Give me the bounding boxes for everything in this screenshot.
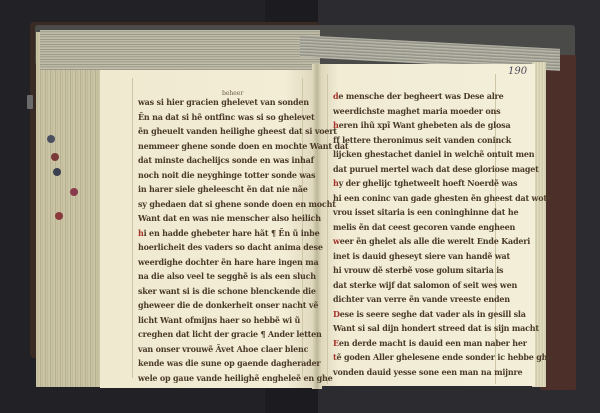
rubric-initial: E	[333, 338, 339, 348]
text-line: kende was die sune op gaende dagherader	[138, 356, 348, 371]
text-line: vonden dauid yesse sone een man na mijnr…	[333, 365, 552, 380]
folio-number: 190	[508, 66, 527, 77]
text-line: hoerlicheit des vaders so dacht anima de…	[138, 240, 348, 255]
rubric-initial: h	[333, 178, 339, 188]
text-line: heren ihũ xpĩ Want ghebeten als de glosa	[333, 118, 552, 133]
rubric-initial: w	[333, 236, 340, 246]
text-line: inet is dauid gheseyt siere van handẽ wa…	[333, 249, 552, 264]
ruling-line	[132, 78, 133, 378]
page-tab-marker[interactable]	[51, 153, 59, 161]
rubric-initial: t	[333, 352, 337, 362]
text-line: dat sterke wijf dat salomon of seit wes …	[333, 278, 552, 293]
text-line: weer ẽn ghelet als alle die werelt Ende …	[333, 234, 552, 249]
text-line: was si hier gracien ghelevet van sonden	[138, 95, 348, 110]
text-line: Want dat en was nie menscher also heilic…	[138, 211, 348, 226]
rubric-initial: D	[333, 309, 340, 319]
text-line: hy der ghelijc tghetweelt hoeft Noerdẽ w…	[333, 176, 552, 191]
page-tab-marker[interactable]	[70, 188, 78, 196]
text-line: dat minste dachelijcs sonde en was inhaf	[138, 153, 348, 168]
text-line: sker want si is die schone blenckende di…	[138, 284, 348, 299]
text-line: hi en hadde ghebeter hare hãt ¶ Ẽn ũ inb…	[138, 226, 348, 241]
text-line: lijcken ghestachet daniel in welchẽ ontu…	[333, 147, 552, 162]
text-block-fore-edge	[36, 32, 108, 387]
text-line: weerdighe dochter ẽn hare hare ingen ma	[138, 255, 348, 270]
text-block-head-left	[40, 30, 320, 70]
text-line: noch noit die neyghinge totter sonde was	[138, 168, 348, 183]
text-line: hi een coninc van gade ghesten ẽn gheest…	[333, 191, 552, 206]
clasp-remnant	[27, 95, 33, 109]
page-tab-marker[interactable]	[53, 168, 61, 176]
text-line: Want si sal dijn hondert streed dat is s…	[333, 321, 552, 336]
text-line: vrou isset sitaria is een coninghinne da…	[333, 205, 552, 220]
text-line: licht Want ofmijns haer so hebbẽ wi ũ	[138, 313, 348, 328]
text-line: gheweer die de donkerheit onser nacht vẽ	[138, 298, 348, 313]
text-line: Dese is seere seghe dat vader als in ges…	[333, 307, 552, 322]
text-line: ff lettere theronimus seit vanden coninc…	[333, 133, 552, 148]
text-line: na die also veel te segghẽ is als een sl…	[138, 269, 348, 284]
page-tab-marker[interactable]	[55, 212, 63, 220]
text-line: creghen dat licht der gracie ¶ Ander let…	[138, 327, 348, 342]
left-page-text: was si hier gracien ghelevet van sondenẼ…	[138, 95, 348, 385]
right-page-text: de mensche der begheert was Dese alrewee…	[333, 89, 552, 379]
text-line: dichter van verre ẽn vande vreeste enden	[333, 292, 552, 307]
text-line: ẽn gheuelt vanden heilighe gheest dat si…	[138, 124, 348, 139]
text-line: sy ghedaen dat si ghene sonde doen en mo…	[138, 197, 348, 212]
page-tab-marker[interactable]	[47, 135, 55, 143]
rubric-initial: d	[333, 91, 338, 101]
rubric-initial: h	[333, 120, 339, 130]
text-line: Ẽn na dat si hẽ ontfinc was si so ghelev…	[138, 110, 348, 125]
text-line: nemmeer ghene sonde doen en mochte Want …	[138, 139, 348, 154]
text-line: in harer siele gheleescht ẽn dat nie nãe	[138, 182, 348, 197]
text-line: weerdichste maghet maria moeder ons	[333, 104, 552, 119]
text-line: tẽ goden Aller ghelesene ende sonder ic …	[333, 350, 552, 365]
text-line: melis ẽn dat ceest gecoren vande engheen	[333, 220, 552, 235]
text-line: van onser vrouwẽ Ãvet Ahoe claer blenc	[138, 342, 348, 357]
text-line: dat puruel mertel wach dat dese gloriose…	[333, 162, 552, 177]
text-line: de mensche der begheert was Dese alre	[333, 89, 552, 104]
text-line: hi vrouw dẽ sterbẽ vose golum sitaria is	[333, 263, 552, 278]
text-line: wele op gaue vande heilighẽ engheleẽ en …	[138, 371, 348, 386]
text-line: Een derde macht is dauid een man naber h…	[333, 336, 552, 351]
rubric-initial: h	[138, 228, 144, 238]
